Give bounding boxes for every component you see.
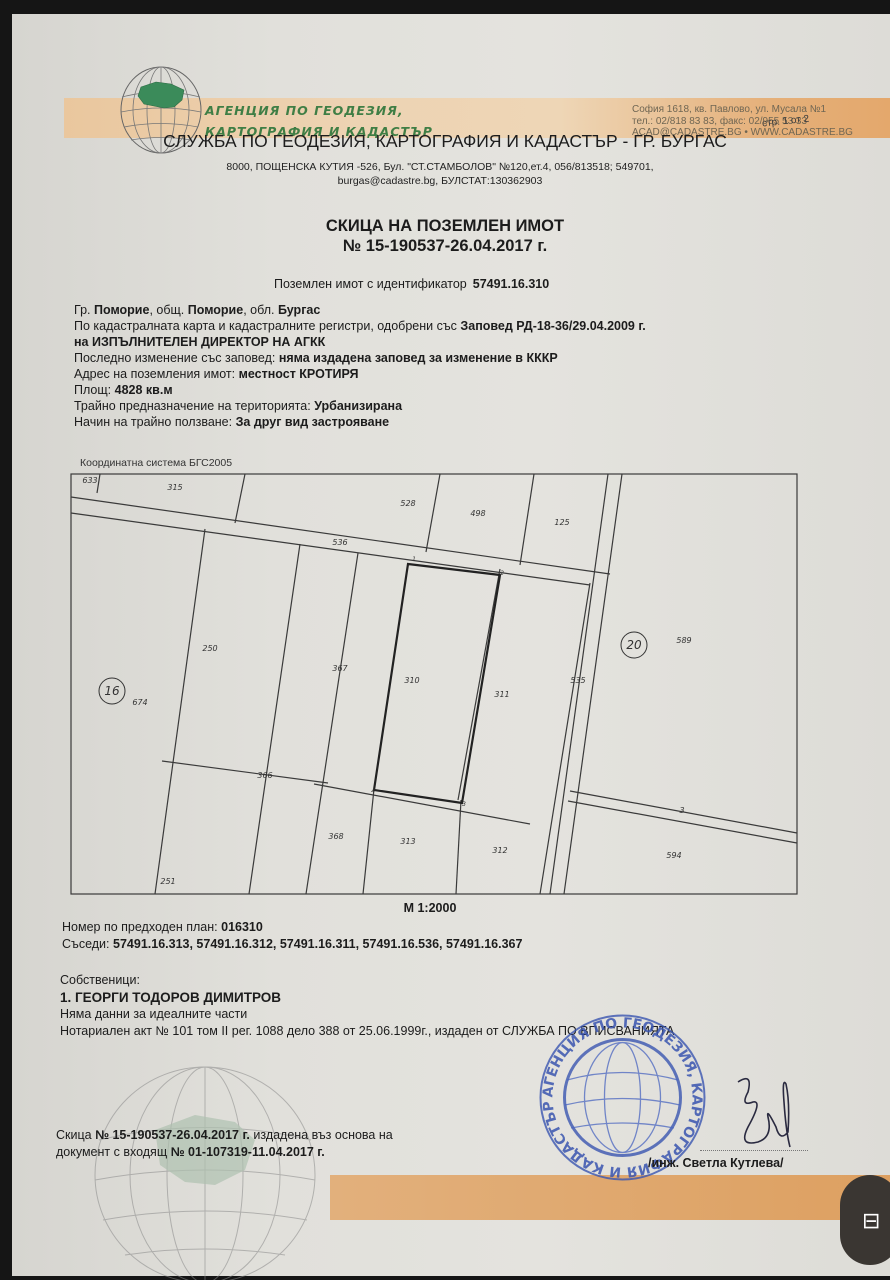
svg-text:3: 3 [679, 806, 684, 815]
svg-text:20: 20 [626, 638, 642, 652]
signature [718, 1072, 808, 1154]
svg-text:3: 3 [462, 801, 466, 808]
purpose-line: Трайно предназначение на територията: Ур… [74, 398, 646, 414]
approval-line: По кадастралната карта и кадастралните р… [74, 318, 646, 334]
office-name: СЛУЖБА ПО ГЕОДЕЗИЯ, КАРТОГРАФИЯ И КАДАСТ… [0, 131, 890, 152]
document-number: № 15-190537-26.04.2017 г. [0, 236, 890, 256]
area-line: Площ: 4828 кв.м [74, 382, 646, 398]
svg-text:594: 594 [666, 851, 681, 860]
svg-text:535: 535 [570, 676, 585, 685]
coordinate-system: Координатна система БГС2005 [80, 457, 232, 469]
owner-name: 1. ГЕОРГИ ТОДОРОВ ДИМИТРОВ [60, 989, 674, 1006]
svg-text:310: 310 [404, 676, 419, 685]
svg-text:528: 528 [400, 499, 415, 508]
svg-text:16: 16 [104, 684, 120, 698]
parcel-info: Гр. Поморие, общ. Поморие, обл. Бургас П… [74, 302, 646, 430]
plan-and-neighbors: Номер по предходен план: 016310 Съседи: … [62, 919, 522, 953]
issuance-note: Скица № 15-190537-26.04.2017 г. издадена… [56, 1127, 393, 1161]
neighbors-line: Съседи: 57491.16.313, 57491.16.312, 5749… [62, 936, 522, 953]
document-title: СКИЦА НА ПОЗЕМЛЕН ИМОТ № 15-190537-26.04… [0, 216, 890, 256]
svg-text:498: 498 [470, 509, 485, 518]
svg-text:2: 2 [500, 570, 504, 577]
previous-plan-line: Номер по предходен план: 016310 [62, 919, 522, 936]
svg-text:4: 4 [371, 788, 375, 795]
svg-text:367: 367 [332, 664, 348, 673]
office-address: 8000, ПОЩЕНСКА КУТИЯ -526, Бул. "СТ.СТАМ… [0, 160, 880, 188]
usage-line: Начин на трайно ползване: За друг вид за… [74, 414, 646, 430]
svg-text:368: 368 [328, 832, 343, 841]
svg-text:536: 536 [332, 538, 347, 547]
signer-name: /инж. Светла Кутлева/ [648, 1156, 784, 1170]
svg-text:589: 589 [676, 636, 691, 645]
cadastral-map: 633 315 528 498 125 536 250 674 367 310 … [70, 473, 798, 895]
svg-text:366: 366 [257, 771, 272, 780]
svg-text:313: 313 [400, 837, 415, 846]
parcel-identifier: Поземлен имот с идентификатор57491.16.31… [274, 277, 549, 291]
text-scan-button[interactable]: ⊟ [840, 1175, 890, 1265]
parcel-label: 633 [82, 476, 97, 485]
map-scale: М 1:2000 [0, 901, 860, 915]
svg-text:1: 1 [412, 556, 416, 563]
address-line: Адрес на поземления имот: местност КРОТИ… [74, 366, 646, 382]
text-scan-icon: ⊟ [862, 1208, 880, 1234]
svg-text:125: 125 [554, 518, 569, 527]
last-change-line: Последно изменение със заповед: няма изд… [74, 350, 646, 366]
approval-authority: на ИЗПЪЛНИТЕЛЕН ДИРЕКТОР НА АГКК [74, 334, 646, 350]
svg-text:250: 250 [202, 644, 217, 653]
location-line: Гр. Поморие, общ. Поморие, обл. Бургас [74, 302, 646, 318]
svg-text:311: 311 [494, 690, 509, 699]
signature-line [700, 1150, 808, 1151]
svg-text:674: 674 [132, 698, 147, 707]
svg-text:312: 312 [492, 846, 507, 855]
svg-text:315: 315 [167, 483, 182, 492]
watermark-globe-icon [85, 1060, 325, 1280]
svg-text:251: 251 [160, 877, 175, 886]
